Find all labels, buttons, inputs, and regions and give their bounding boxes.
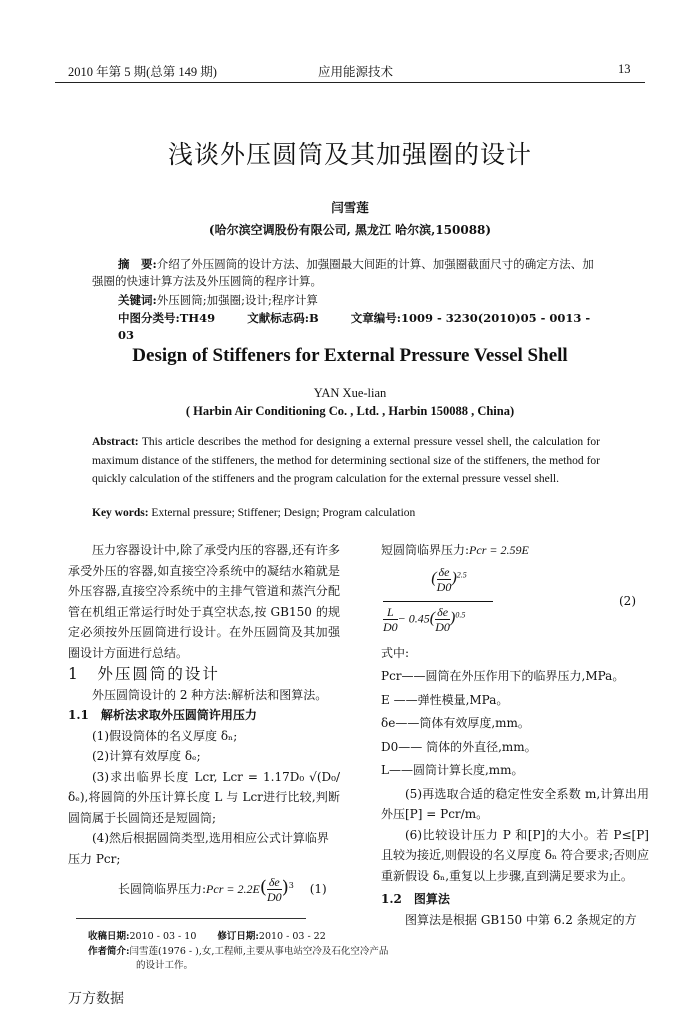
section-1-1-heading: 1.1 解析法求取外压圆筒许用压力 [68,705,340,726]
affiliation-cn: (哈尔滨空调股份有限公司, 黑龙江 哈尔滨,150088) [0,221,700,238]
watermark: 万方数据 [68,988,124,1008]
keywords-cn: 关键词:外压圆筒;加强圈;设计;程序计算 [118,292,608,309]
keywords-en: Key words: External pressure; Stiffener;… [92,507,600,519]
section-1-heading: 1 外压圆筒的设计 [68,664,340,685]
right-column: 短圆筒临界压力:Pcr = 2.59E (δeD0)2.5 LD0− 0.45(… [381,540,649,930]
equation-2-fraction-bar [383,601,493,602]
header-journal: 应用能源技术 [318,62,393,80]
title-en: Design of Stiffeners for External Pressu… [0,345,700,367]
author-en: YAN Xue-lian [0,386,700,401]
definition-d0: D0—— 筒体的外直径,mm。 [381,737,649,758]
abstract-cn: 摘 要:介绍了外压圆筒的设计方法、加强圈最大间距的计算、加强圈截面尺寸的确定方法… [92,256,604,290]
equation-2-intro: 短圆筒临界压力:Pcr = 2.59E [381,540,649,561]
equation-1-exponent: 3 [289,881,294,890]
intro-paragraph: 压力容器设计中,除了承受内压的容器,还有许多承受外压的容器,如直接空冷系统中的凝… [68,540,340,663]
where-label: 式中: [381,643,649,664]
header-issue: 2010 年第 5 期(总第 149 期) [68,62,217,80]
equation-2-denominator: LD0− 0.45(δeD0)0.5 [383,605,513,634]
step-2: (2)计算有效厚度 δₑ; [68,746,340,767]
equation-2-lhs: Pcr = 2.59E [469,543,529,557]
equation-2-number: (2) [619,591,636,612]
abstract-en-text: This article describes the method for de… [92,436,600,485]
keywords-en-text: External pressure; Stiffener; Design; Pr… [149,507,416,519]
doc-code-label: 文献标志码: [247,311,309,325]
keywords-cn-text: 外压圆筒;加强圈;设计;程序计算 [157,293,318,307]
footnote-bio: 作者简介:闫雪莲(1976 - ),女,工程师,主要从事电站空冷及石化空冷产品的… [88,945,396,973]
keywords-cn-label: 关键词: [118,293,157,307]
equation-1-label: 长圆筒临界压力: [118,882,206,896]
doc-code-value: B [309,311,319,325]
definition-pcr: Pcr——圆筒在外压作用下的临界压力,MPa。 [381,666,649,687]
revised-label: 修订日期: [217,931,259,942]
classification-line: 中图分类号:TH49 文献标志码:B 文章编号:1009 - 3230(2010… [118,310,608,344]
article-no-label: 文章编号: [351,311,401,325]
abstract-cn-text: 介绍了外压圆筒的设计方法、加强圈最大间距的计算、加强圈截面尺寸的确定方法、加强圈… [92,257,594,288]
definition-e: E ——弹性模量,MPa。 [381,690,649,711]
header-rule [55,82,645,83]
clc-label: 中图分类号: [118,311,180,325]
equation-2-label: 短圆筒临界压力: [381,543,469,557]
equation-2: (δeD0)2.5 LD0− 0.45(δeD0)0.5 (2) [381,563,649,643]
received-date: 2010 - 03 - 10 [130,931,197,942]
keywords-en-label: Key words: [92,507,149,519]
received-label: 收稿日期: [88,931,130,942]
section-1-2-text: 图算法是根据 GB150 中第 6.2 条规定的方 [381,910,649,931]
abstract-en-label: Abstract: [92,436,139,448]
abstract-cn-label: 摘 要: [118,257,157,271]
clc-value: TH49 [180,311,215,325]
equation-2-numerator: (δeD0)2.5 [409,565,489,594]
left-column: 压力容器设计中,除了承受内压的容器,还有许多承受外压的容器,如直接空冷系统中的凝… [68,540,340,904]
definition-l: L——圆筒计算长度,mm。 [381,760,649,781]
author-cn: 闫雪莲 [0,198,700,216]
equation-1-number: (1) [310,882,327,896]
step-1: (1)假设筒体的名义厚度 δₙ; [68,726,340,747]
section-1-text: 外压圆筒设计的 2 种方法:解析法和图算法。 [68,685,340,706]
bio-label: 作者简介: [88,946,130,957]
section-1-2-heading: 1.2 图算法 [381,889,649,910]
footnote-dates: 收稿日期:2010 - 03 - 10 修订日期:2010 - 03 - 22 [88,930,348,944]
equation-1: 长圆筒临界压力:Pcr = 2.2E(δeD0)3 (1) [68,875,340,904]
revised-date: 2010 - 03 - 22 [259,931,326,942]
abstract-en: Abstract: This article describes the met… [92,433,600,489]
equation-1-fraction: δeD0 [267,875,282,904]
step-4: (4)然后根据圆筒类型,选用相应公式计算临界压力 Pcr; [68,828,340,869]
title-cn: 浅谈外压圆筒及其加强圈的设计 [0,135,700,171]
affiliation-en: ( Harbin Air Conditioning Co. , Ltd. , H… [0,404,700,419]
step-3: (3)求出临界长度 Lcr, Lcr = 1.17D₀ √(D₀/δₑ),将圆筒… [68,767,340,829]
definition-delta-e: δe——筒体有效厚度,mm。 [381,713,649,734]
header-page-number: 13 [618,62,631,77]
footnote-rule [76,918,306,919]
step-5: (5)再选取合适的稳定性安全系数 m,计算出用外压[P] = Pcr/m。 [381,784,649,825]
step-6: (6)比较设计压力 P 和[P]的大小。若 P≤[P]且较为接近,则假设的名义厚… [381,825,649,887]
equation-1-lhs: Pcr = 2.2E [206,882,260,896]
bio-text: 闫雪莲(1976 - ),女,工程师,主要从事电站空冷及石化空冷产品的设计工作。 [130,946,389,971]
